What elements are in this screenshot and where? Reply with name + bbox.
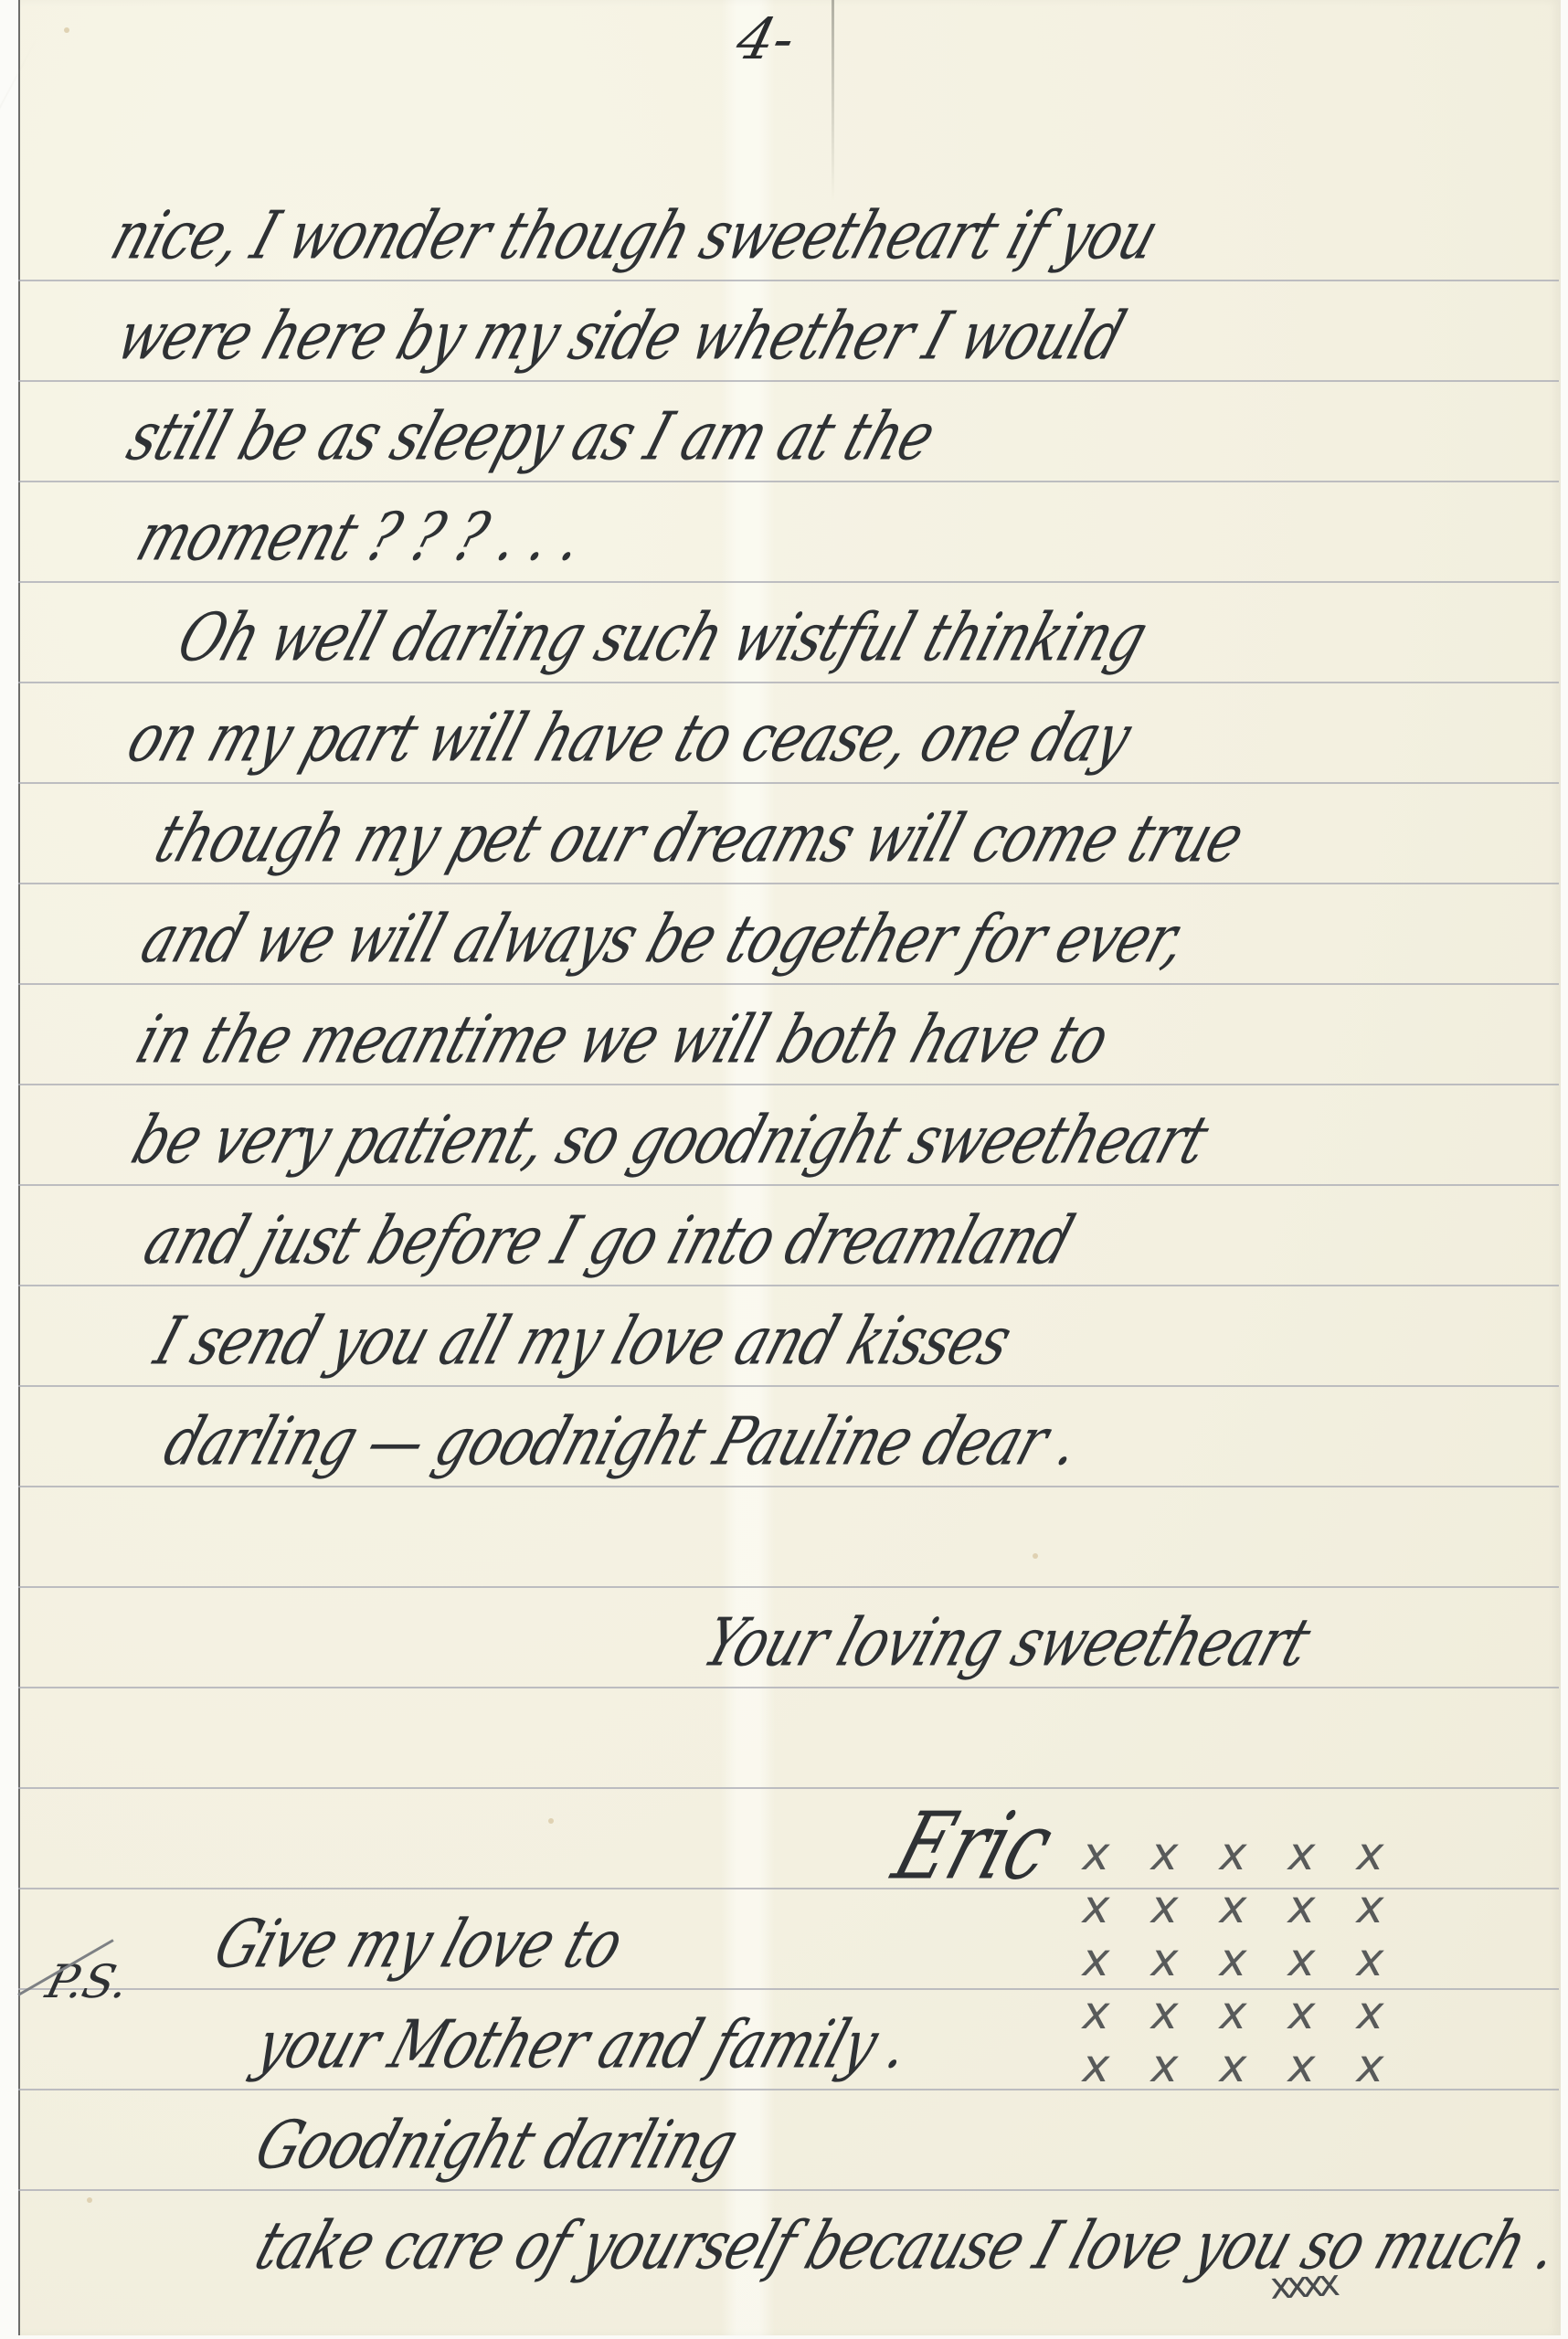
- letter-line-text: and we will always be together for ever,: [132, 900, 1196, 978]
- letter-line: moment ? ? ? . . .: [0, 481, 1568, 581]
- postscript-line: your Mother and family .: [0, 1988, 1568, 2089]
- kiss-mark: x: [1269, 1827, 1335, 1880]
- postscript-text: Give my love to: [206, 1905, 631, 1983]
- postscript-line: Give my love to: [0, 1888, 1568, 1988]
- letter-line-text: moment ? ? ? . . .: [128, 498, 593, 576]
- letter-line: darling — goodnight Pauline dear .: [0, 1385, 1568, 1486]
- postscript-text: take care of yourself because I love you…: [247, 2207, 1567, 2284]
- postscript-line: Goodnight darling: [0, 2089, 1568, 2189]
- letter-line: and we will always be together for ever,: [0, 883, 1568, 983]
- letter-line-text: I send you all my love and kisses: [146, 1302, 1021, 1380]
- letter-line: be very patient, so goodnight sweetheart: [0, 1084, 1568, 1184]
- letter-line: though my pet our dreams will come true: [0, 782, 1568, 883]
- letter-line: Oh well darling such wistful thinking: [0, 581, 1568, 682]
- ruled-line: [18, 1687, 1559, 1688]
- postscript-text: your Mother and family .: [247, 2006, 919, 2083]
- closing-text: Your loving sweetheart: [694, 1603, 1319, 1681]
- paper-stain: [548, 1818, 554, 1824]
- paper-stain: [1033, 1553, 1038, 1559]
- letter-line: were here by my side whether I would: [0, 280, 1568, 380]
- letter-line: on my part will have to cease, one day: [0, 682, 1568, 782]
- kiss-mark: x: [1132, 1827, 1198, 1880]
- letter-line-text: and just before I go into dreamland: [135, 1201, 1082, 1279]
- postscript-text: Goodnight darling: [247, 2106, 747, 2184]
- paper-stain: [64, 27, 69, 33]
- kiss-mark: x: [1338, 1827, 1404, 1880]
- letter-line-text: nice, I wonder though sweetheart if you: [102, 196, 1168, 274]
- letter-line-text: be very patient, so goodnight sweetheart: [123, 1101, 1217, 1179]
- letter-line: still be as sleepy as I am at the: [0, 380, 1568, 481]
- closing-line: Your loving sweetheart: [0, 1586, 1568, 1687]
- letter-line-text: still be as sleepy as I am at the: [119, 397, 944, 475]
- final-kisses: xxxx: [1269, 2262, 1336, 2308]
- paper-fold-crease: [832, 0, 834, 201]
- letter-line-text: Oh well darling such wistful thinking: [169, 598, 1156, 676]
- letter-line-text: were here by my side whether I would: [108, 297, 1133, 375]
- ruled-line: [18, 1486, 1559, 1487]
- letter-line: I send you all my love and kisses: [0, 1285, 1568, 1385]
- letter-line: in the meantime we will both have to: [0, 983, 1568, 1084]
- letter-line-text: in the meantime we will both have to: [128, 1000, 1118, 1078]
- letter-line-text: darling — goodnight Pauline dear .: [155, 1402, 1089, 1480]
- kisses-row: xxxxx: [1069, 1827, 1398, 1880]
- kiss-mark: x: [1064, 1827, 1129, 1880]
- letter-line: nice, I wonder though sweetheart if you: [0, 179, 1568, 280]
- ruled-line: [18, 1787, 1559, 1789]
- letter-line: and just before I go into dreamland: [0, 1184, 1568, 1285]
- kiss-mark: x: [1201, 1827, 1266, 1880]
- letter-line-text: though my pet our dreams will come true: [146, 799, 1253, 877]
- letter-line-text: on my part will have to cease, one day: [119, 699, 1139, 777]
